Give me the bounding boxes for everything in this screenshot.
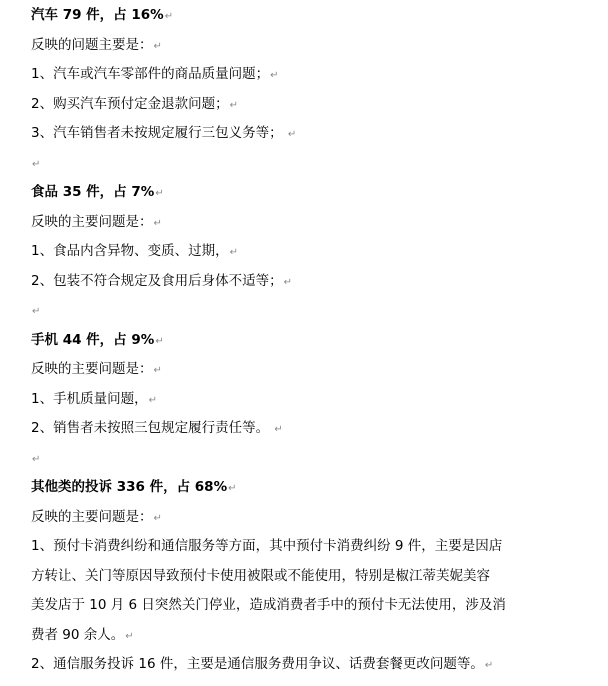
list-item-line: 费者 90 余人。↵: [31, 624, 601, 654]
paragraph-mark-icon: ↵: [155, 336, 163, 347]
list-item: 2、销售者未按照三包规定履行责任等。 ↵: [31, 417, 601, 447]
paragraph-mark-icon: ↵: [270, 70, 278, 81]
empty-paragraph: ↵: [31, 152, 601, 182]
paragraph-mark-icon: ↵: [165, 11, 173, 22]
paragraph-mark-icon: ↵: [154, 365, 162, 376]
paragraph-mark-icon: ↵: [32, 159, 40, 170]
paragraph-mark-icon: ↵: [154, 218, 162, 229]
list-item: 2、购买汽车预付定金退款问题；↵: [31, 93, 601, 123]
empty-paragraph: ↵: [31, 447, 601, 477]
list-item: 1、食品内含异物、变质、过期，↵: [31, 240, 601, 270]
paragraph-mark-icon: ↵: [230, 247, 238, 258]
empty-paragraph: ↵: [31, 299, 601, 329]
list-item-line: 美发店于 10 月 6 日突然关门停业，造成消费者手中的预付卡无法使用，涉及消: [31, 594, 601, 624]
paragraph-mark-icon: ↵: [32, 306, 40, 317]
paragraph-mark-icon: ↵: [288, 129, 296, 140]
paragraph-mark-icon: ↵: [149, 395, 157, 406]
paragraph-mark-icon: ↵: [154, 513, 162, 524]
section-heading-phone: 手机 44 件，占 9%↵: [31, 329, 601, 359]
section-intro: 反映的主要问题是：↵: [31, 506, 601, 536]
list-item: 3、汽车销售者未按规定履行三包义务等； ↵: [31, 122, 601, 152]
paragraph-mark-icon: ↵: [274, 424, 282, 435]
paragraph-mark-icon: ↵: [154, 41, 162, 52]
section-intro: 反映的问题主要是：↵: [31, 34, 601, 64]
list-item-line: 方转让、关门等原因导致预付卡使用被限或不能使用，特别是椒江蒂芙妮美容: [31, 565, 601, 595]
section-heading-car: 汽车 79 件，占 16%↵: [31, 4, 601, 34]
section-heading-food: 食品 35 件，占 7%↵: [31, 181, 601, 211]
list-item-line: 1、预付卡消费纠纷和通信服务等方面，其中预付卡消费纠纷 9 件，主要是因店: [31, 535, 601, 565]
paragraph-mark-icon: ↵: [284, 277, 292, 288]
paragraph-mark-icon: ↵: [155, 188, 163, 199]
paragraph-mark-icon: ↵: [485, 660, 493, 671]
section-intro: 反映的主要问题是：↵: [31, 358, 601, 388]
document-body: 汽车 79 件，占 16%↵ 反映的问题主要是：↵ 1、汽车或汽车零部件的商品质…: [31, 4, 601, 683]
list-item: 1、手机质量问题，↵: [31, 388, 601, 418]
paragraph-mark-icon: ↵: [125, 631, 133, 642]
paragraph-mark-icon: ↵: [32, 454, 40, 465]
list-item: 2、通信服务投诉 16 件，主要是通信服务费用争议、话费套餐更改问题等。↵: [31, 653, 601, 683]
list-item: 1、汽车或汽车零部件的商品质量问题；↵: [31, 63, 601, 93]
list-item: 2、包装不符合规定及食用后身体不适等；↵: [31, 270, 601, 300]
paragraph-mark-icon: ↵: [230, 100, 238, 111]
section-heading-other: 其他类的投诉 336 件，占 68%↵: [31, 476, 601, 506]
section-intro: 反映的主要问题是：↵: [31, 211, 601, 241]
paragraph-mark-icon: ↵: [228, 483, 236, 494]
